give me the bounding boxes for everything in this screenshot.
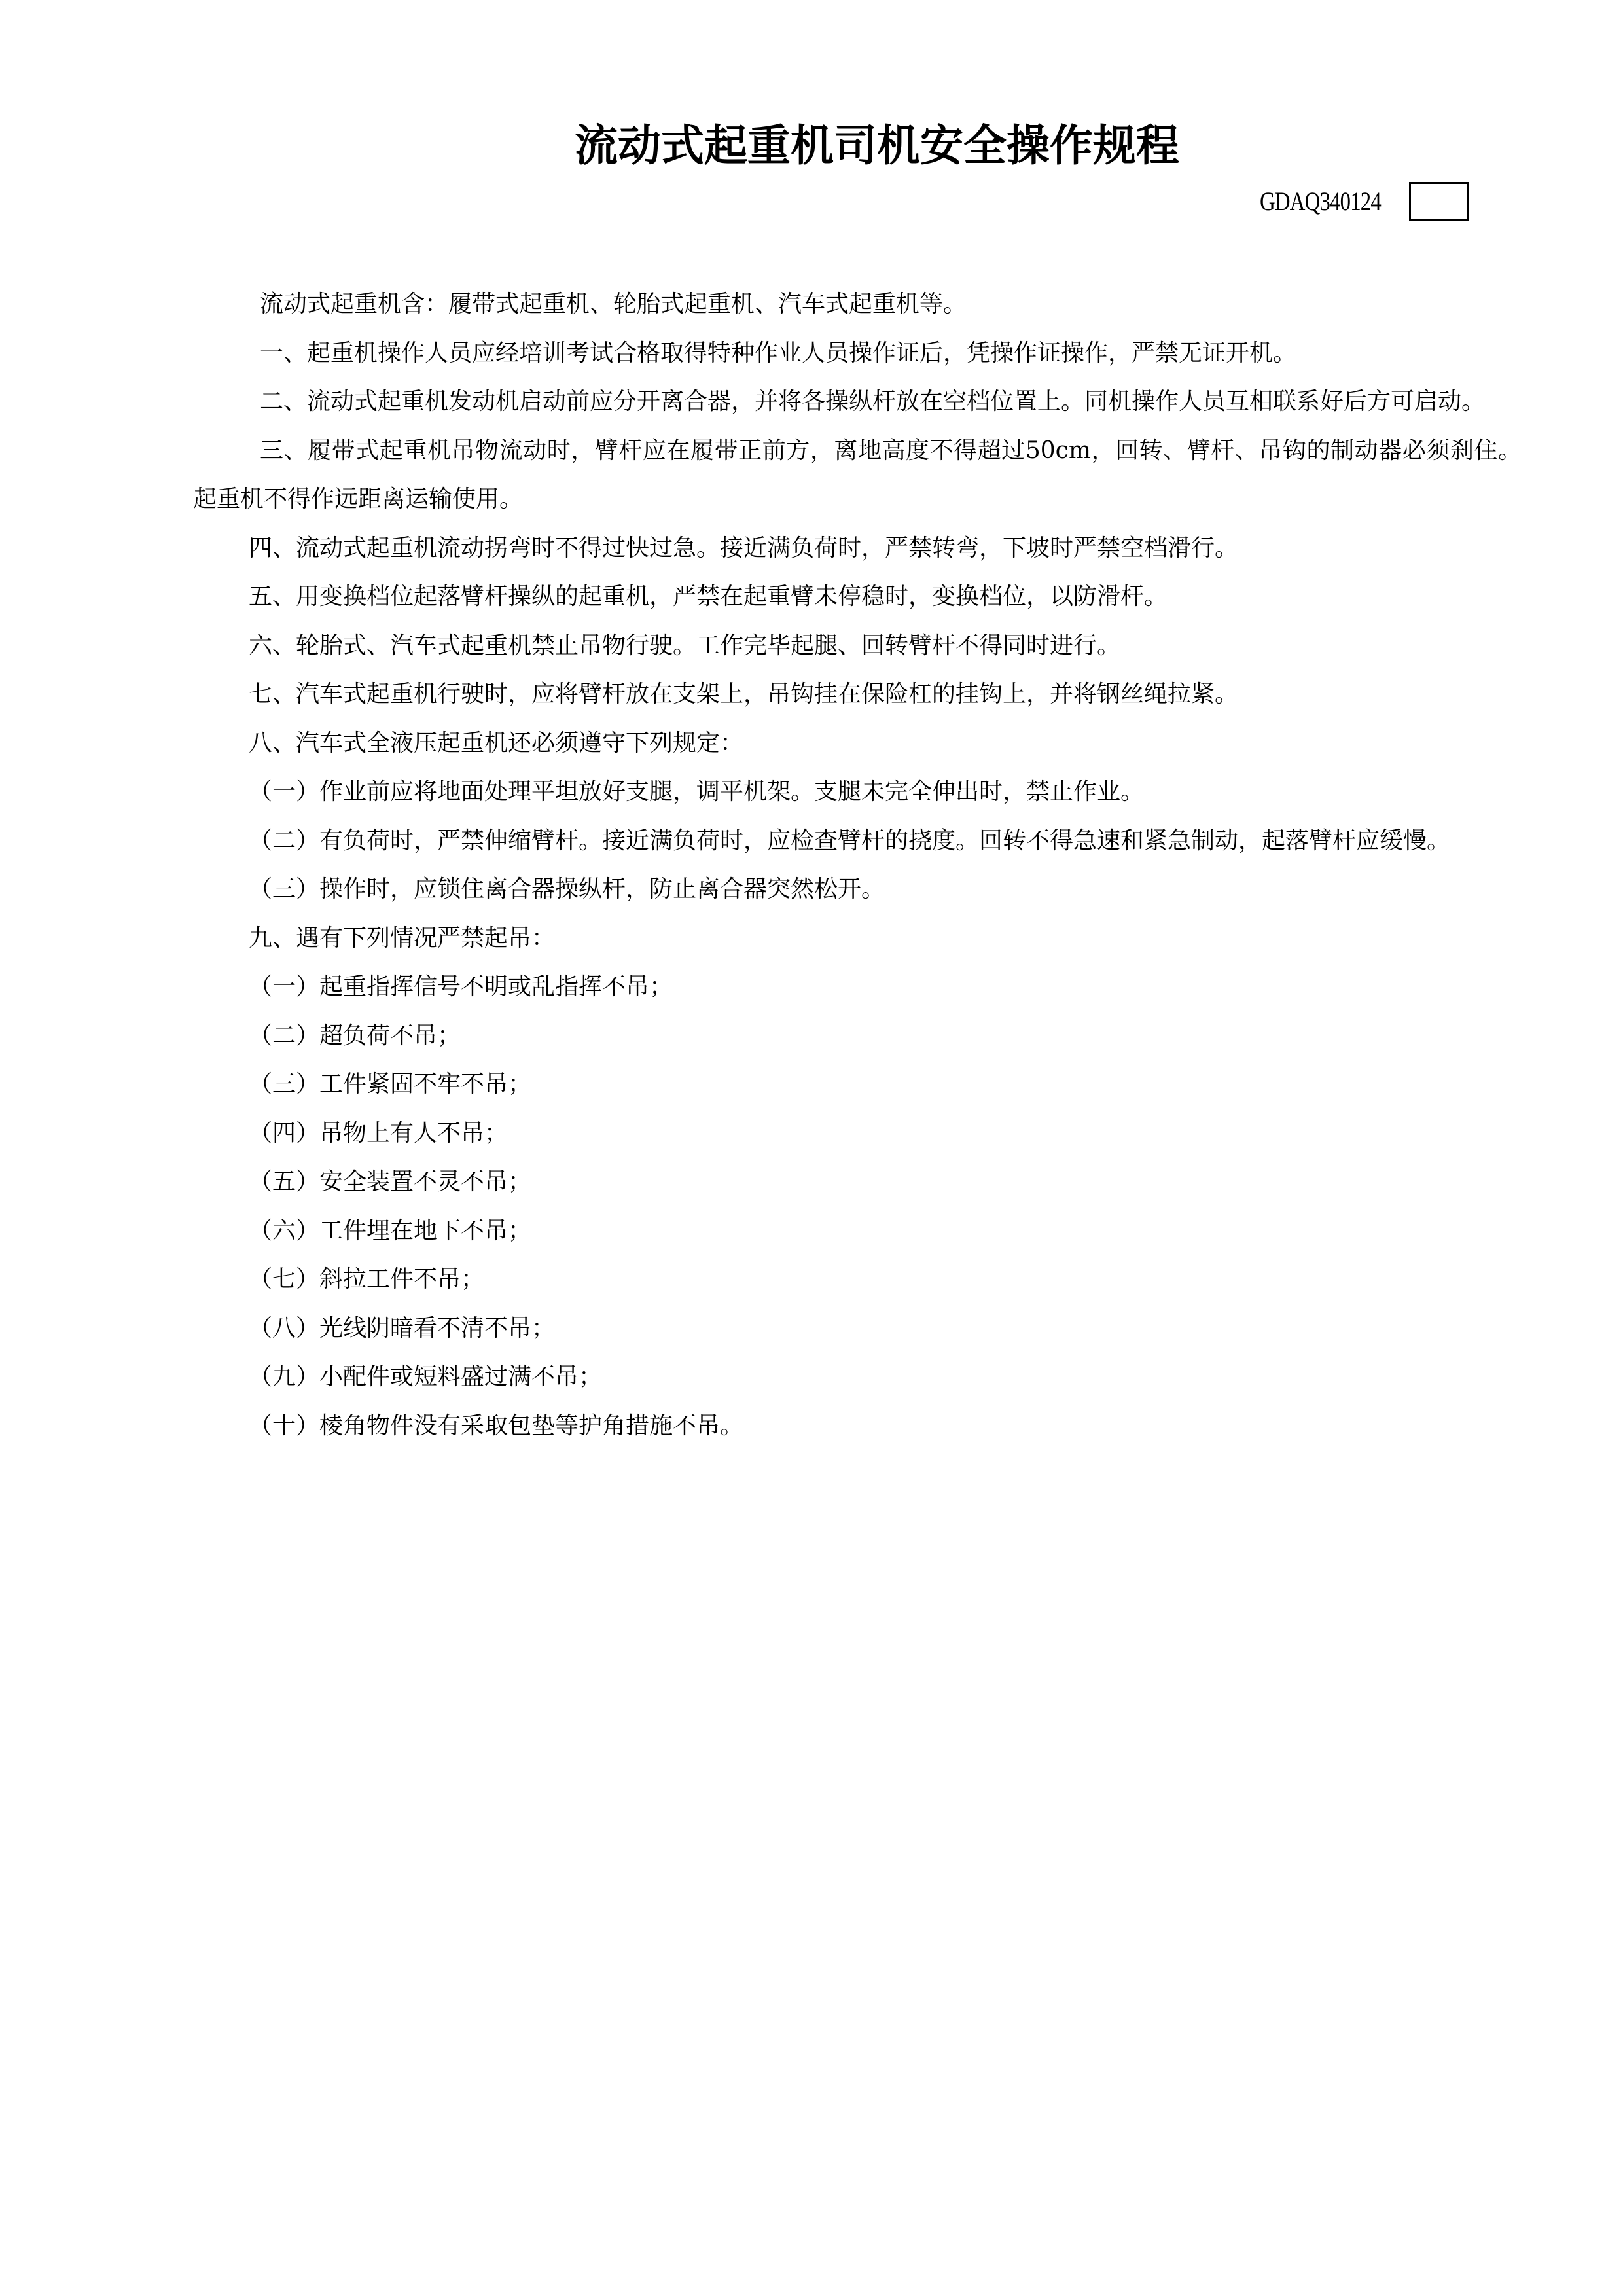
rule-paragraph: 六、轮胎式、汽车式起重机禁止吊物行驶。工作完毕起腿、回转臂杆不得同时进行。 — [193, 622, 1522, 671]
sub-rule-paragraph: （一）起重指挥信号不明或乱指挥不吊； — [193, 963, 1522, 1012]
rule-paragraph: 四、流动式起重机流动拐弯时不得过快过急。接近满负荷时，严禁转弯，下坡时严禁空档滑… — [193, 524, 1522, 573]
rule-paragraph: 一、起重机操作人员应经培训考试合格取得特种作业人员操作证后，凭操作证操作，严禁无… — [193, 329, 1522, 378]
document-body: 流动式起重机含：履带式起重机、轮胎式起重机、汽车式起重机等。 一、起重机操作人员… — [193, 280, 1522, 1450]
sub-rule-paragraph: （五）安全装置不灵不吊； — [193, 1158, 1522, 1207]
page-title: 流动式起重机司机安全操作规程 — [0, 117, 1623, 175]
sub-rule-paragraph: （六）工件埋在地下不吊； — [193, 1207, 1522, 1256]
sub-rule-paragraph: （七）斜拉工件不吊； — [193, 1255, 1522, 1304]
doc-code: GDAQ340124 — [1260, 181, 1379, 223]
intro-paragraph: 流动式起重机含：履带式起重机、轮胎式起重机、汽车式起重机等。 — [193, 280, 1522, 329]
code-box — [1409, 182, 1469, 221]
rule-paragraph: 八、汽车式全液压起重机还必须遵守下列规定： — [193, 719, 1522, 768]
sub-rule-paragraph: （三）操作时，应锁住离合器操纵杆，防止离合器突然松开。 — [193, 865, 1522, 914]
rule-paragraph: 三、履带式起重机吊物流动时，臂杆应在履带正前方，离地高度不得超过50cm，回转、… — [193, 427, 1522, 524]
sub-rule-paragraph: （十）棱角物件没有采取包垫等护角措施不吊。 — [193, 1402, 1522, 1451]
sub-rule-paragraph: （四）吊物上有人不吊； — [193, 1109, 1522, 1158]
sub-rule-paragraph: （二）超负荷不吊； — [193, 1012, 1522, 1061]
rule-paragraph: 七、汽车式起重机行驶时，应将臂杆放在支架上，吊钩挂在保险杠的挂钩上，并将钢丝绳拉… — [193, 670, 1522, 719]
sub-rule-paragraph: （三）工件紧固不牢不吊； — [193, 1060, 1522, 1109]
sub-rule-paragraph: （二）有负荷时，严禁伸缩臂杆。接近满负荷时，应检查臂杆的挠度。回转不得急速和紧急… — [193, 817, 1522, 866]
rule-paragraph: 二、流动式起重机发动机启动前应分开离合器，并将各操纵杆放在空档位置上。同机操作人… — [193, 378, 1522, 427]
rule-paragraph: 五、用变换档位起落臂杆操纵的起重机，严禁在起重臂未停稳时，变换档位，以防滑杆。 — [193, 573, 1522, 622]
sub-rule-paragraph: （九）小配件或短料盛过满不吊； — [193, 1353, 1522, 1402]
sub-rule-paragraph: （八）光线阴暗看不清不吊； — [193, 1304, 1522, 1354]
rule-paragraph: 九、遇有下列情况严禁起吊： — [193, 914, 1522, 963]
doc-code-row: GDAQ340124 — [1260, 181, 1469, 223]
sub-rule-paragraph: （一）作业前应将地面处理平坦放好支腿，调平机架。支腿未完全伸出时，禁止作业。 — [193, 768, 1522, 817]
